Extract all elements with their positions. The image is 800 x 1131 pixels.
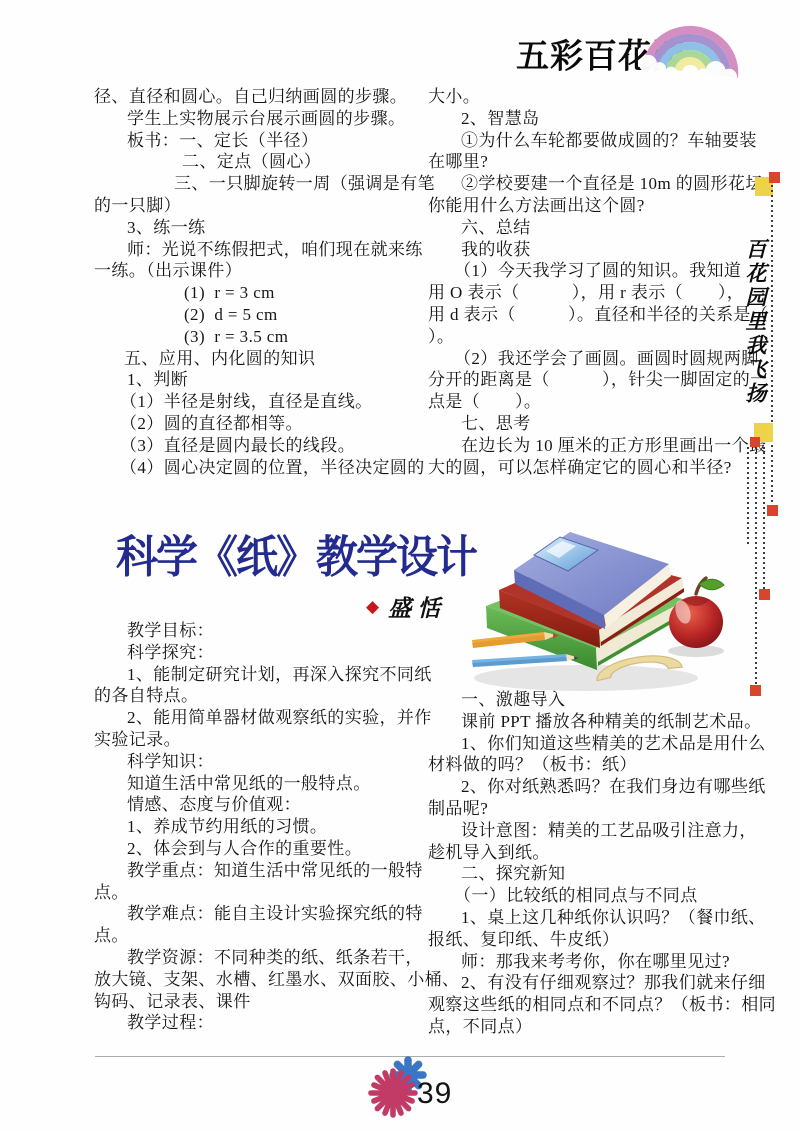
right-column-top: 大小。2、智慧岛①为什么车轮都要做成圆的？车轴要装在哪里?②学校要建一个直径是 …: [428, 86, 738, 478]
dotted-line: [771, 185, 773, 505]
text-line: 点，不同点）: [428, 1016, 738, 1038]
text-line: 二、定点（圆心）: [94, 151, 428, 173]
text-line: 1、判断: [94, 369, 428, 391]
text-line: 点。: [94, 925, 428, 947]
text-line: 师：光说不练假把式，咱们现在就来练: [94, 239, 428, 261]
red-square: [750, 437, 760, 447]
author-row: ◆ 盛恬: [366, 590, 446, 623]
text-line: 1、能制定研究计划，再深入探究不同纸: [94, 664, 428, 686]
text-line: ）。: [428, 326, 738, 348]
red-square: [759, 589, 770, 600]
text-line: （2）我还学会了画圆。画圆时圆规两脚: [428, 348, 738, 370]
text-line: (1) r = 3 cm: [94, 282, 428, 304]
text-line: 在边长为 10 厘米的正方形里画出一个最: [428, 435, 738, 457]
text-line: 你能用什么方法画出这个圆?: [428, 195, 738, 217]
text-line: 1、你们知道这些精美的艺术品是用什么: [428, 733, 738, 755]
text-line: 七、思考: [428, 413, 738, 435]
text-line: 知道生活中常见纸的一般特点。: [94, 773, 428, 795]
red-square: [769, 172, 780, 183]
text-line: 在哪里?: [428, 151, 738, 173]
text-line: 科学探究：: [94, 642, 428, 664]
text-line: 2、体会到与人合作的重要性。: [94, 838, 428, 860]
text-line: 1、养成节约用纸的习惯。: [94, 816, 428, 838]
text-line: （一）比较纸的相同点与不同点: [428, 885, 738, 907]
text-line: 六、总结: [428, 217, 738, 239]
text-line: 2、你对纸熟悉吗？在我们身边有哪些纸: [428, 776, 738, 798]
diamond-bullet-icon: ◆: [366, 598, 379, 615]
text-line: 大小。: [428, 86, 738, 108]
dotted-line: [763, 447, 765, 589]
text-line: 点是（ ）。: [428, 391, 738, 413]
text-line: 2、能用简单器材做观察纸的实验，并作: [94, 707, 428, 729]
text-line: （3）直径是圆内最长的线段。: [94, 435, 428, 457]
text-line: ②学校要建一个直径是 10m 的圆形花坛，: [428, 173, 738, 195]
red-square: [750, 685, 761, 696]
magazine-page: 五彩百花园 径、直径和圆心。自己归纳画圆的步骤。学生上实物展示台展示画圆的步骤。…: [0, 0, 800, 1131]
dotted-line: [747, 447, 749, 547]
rainbow-icon: [638, 16, 744, 80]
text-line: （1）半径是射线，直径是直线。: [94, 391, 428, 413]
page-number: 39: [417, 1077, 452, 1111]
text-line: 放大镜、支架、水槽、红墨水、双面胶、小桶、: [94, 969, 428, 991]
text-line: 2、智慧岛: [428, 108, 738, 130]
text-line: 用 d 表示（ ）。直径和半径的关系是（: [428, 304, 738, 326]
text-line: 的一只脚）: [94, 195, 428, 217]
sidebar-vertical-slogan: 百花园里我飞扬: [740, 238, 770, 418]
text-line: 报纸、复印纸、牛皮纸）: [428, 929, 738, 951]
text-line: (3) r = 3.5 cm: [94, 326, 428, 348]
text-line: 板书：一、定长（半径）: [94, 130, 428, 152]
text-line: 设计意图：精美的工艺品吸引注意力，: [428, 820, 738, 842]
text-line: (2) d = 5 cm: [94, 304, 428, 326]
text-line: 钩码、记录表、课件: [94, 991, 428, 1013]
text-line: 教学重点：知道生活中常见纸的一般特: [94, 860, 428, 882]
red-square: [767, 505, 778, 516]
text-line: 径、直径和圆心。自己归纳画圆的步骤。: [94, 86, 428, 108]
text-line: ①为什么车轮都要做成圆的？车轴要装: [428, 130, 738, 152]
text-line: 我的收获: [428, 239, 738, 261]
text-line: 实验记录。: [94, 729, 428, 751]
text-line: 情感、态度与价值观：: [94, 794, 428, 816]
left-column-top: 径、直径和圆心。自己归纳画圆的步骤。学生上实物展示台展示画圆的步骤。板书：一、定…: [94, 86, 428, 478]
text-line: 科学知识：: [94, 751, 428, 773]
right-column-bottom: 一、激趣导入课前 PPT 播放各种精美的纸制艺术品。1、你们知道这些精美的艺术品…: [428, 689, 738, 1038]
text-line: 观察这些纸的相同点和不同点？（板书：相同: [428, 994, 738, 1016]
dotted-line: [755, 447, 757, 685]
text-line: 制品呢?: [428, 798, 738, 820]
text-line: 二、探究新知: [428, 863, 738, 885]
flower-pink-icon: [371, 1071, 415, 1115]
text-line: 师：那我来考考你，你在哪里见过?: [428, 951, 738, 973]
text-line: 3、练一练: [94, 217, 428, 239]
text-line: 课前 PPT 播放各种精美的纸制艺术品。: [428, 711, 738, 733]
text-line: 1、桌上这几种纸你认识吗？（餐巾纸、: [428, 907, 738, 929]
text-line: 大的圆，可以怎样确定它的圆心和半径?: [428, 457, 738, 479]
text-line: 的各自特点。: [94, 685, 428, 707]
author-name: 盛恬: [388, 590, 446, 623]
text-line: 分开的距离是（ ），针尖一脚固定的一: [428, 369, 738, 391]
text-line: 材料做的吗？（板书：纸）: [428, 754, 738, 776]
text-line: 趁机导入到纸。: [428, 842, 738, 864]
article-title: 科学《纸》教学设计: [116, 523, 476, 586]
text-line: 教学资源：不同种类的纸、纸条若干，: [94, 947, 428, 969]
text-line: （2）圆的直径都相等。: [94, 413, 428, 435]
text-line: 三、一只脚旋转一周（强调是有笔: [94, 173, 428, 195]
text-line: （1）今天我学习了圆的知识。我知道: [428, 260, 738, 282]
text-line: 教学难点：能自主设计实验探究纸的特: [94, 903, 428, 925]
left-column-bottom: 教学目标：科学探究：1、能制定研究计划，再深入探究不同纸的各自特点。2、能用简单…: [94, 620, 428, 1034]
text-line: 教学过程：: [94, 1012, 428, 1034]
text-line: 用 O 表示（ ），用 r 表示（ ），: [428, 282, 738, 304]
text-line: 一练。（出示课件）: [94, 260, 428, 282]
text-line: 2、有没有仔细观察过？那我们就来仔细: [428, 972, 738, 994]
text-line: 教学目标：: [94, 620, 428, 642]
text-line: 学生上实物展示台展示画圆的步骤。: [94, 108, 428, 130]
text-line: （4）圆心决定圆的位置，半径决定圆的: [94, 457, 428, 479]
text-line: 五、应用、内化圆的知识: [94, 348, 428, 370]
books-apple-illustration: [468, 518, 752, 706]
text-line: 点。: [94, 882, 428, 904]
